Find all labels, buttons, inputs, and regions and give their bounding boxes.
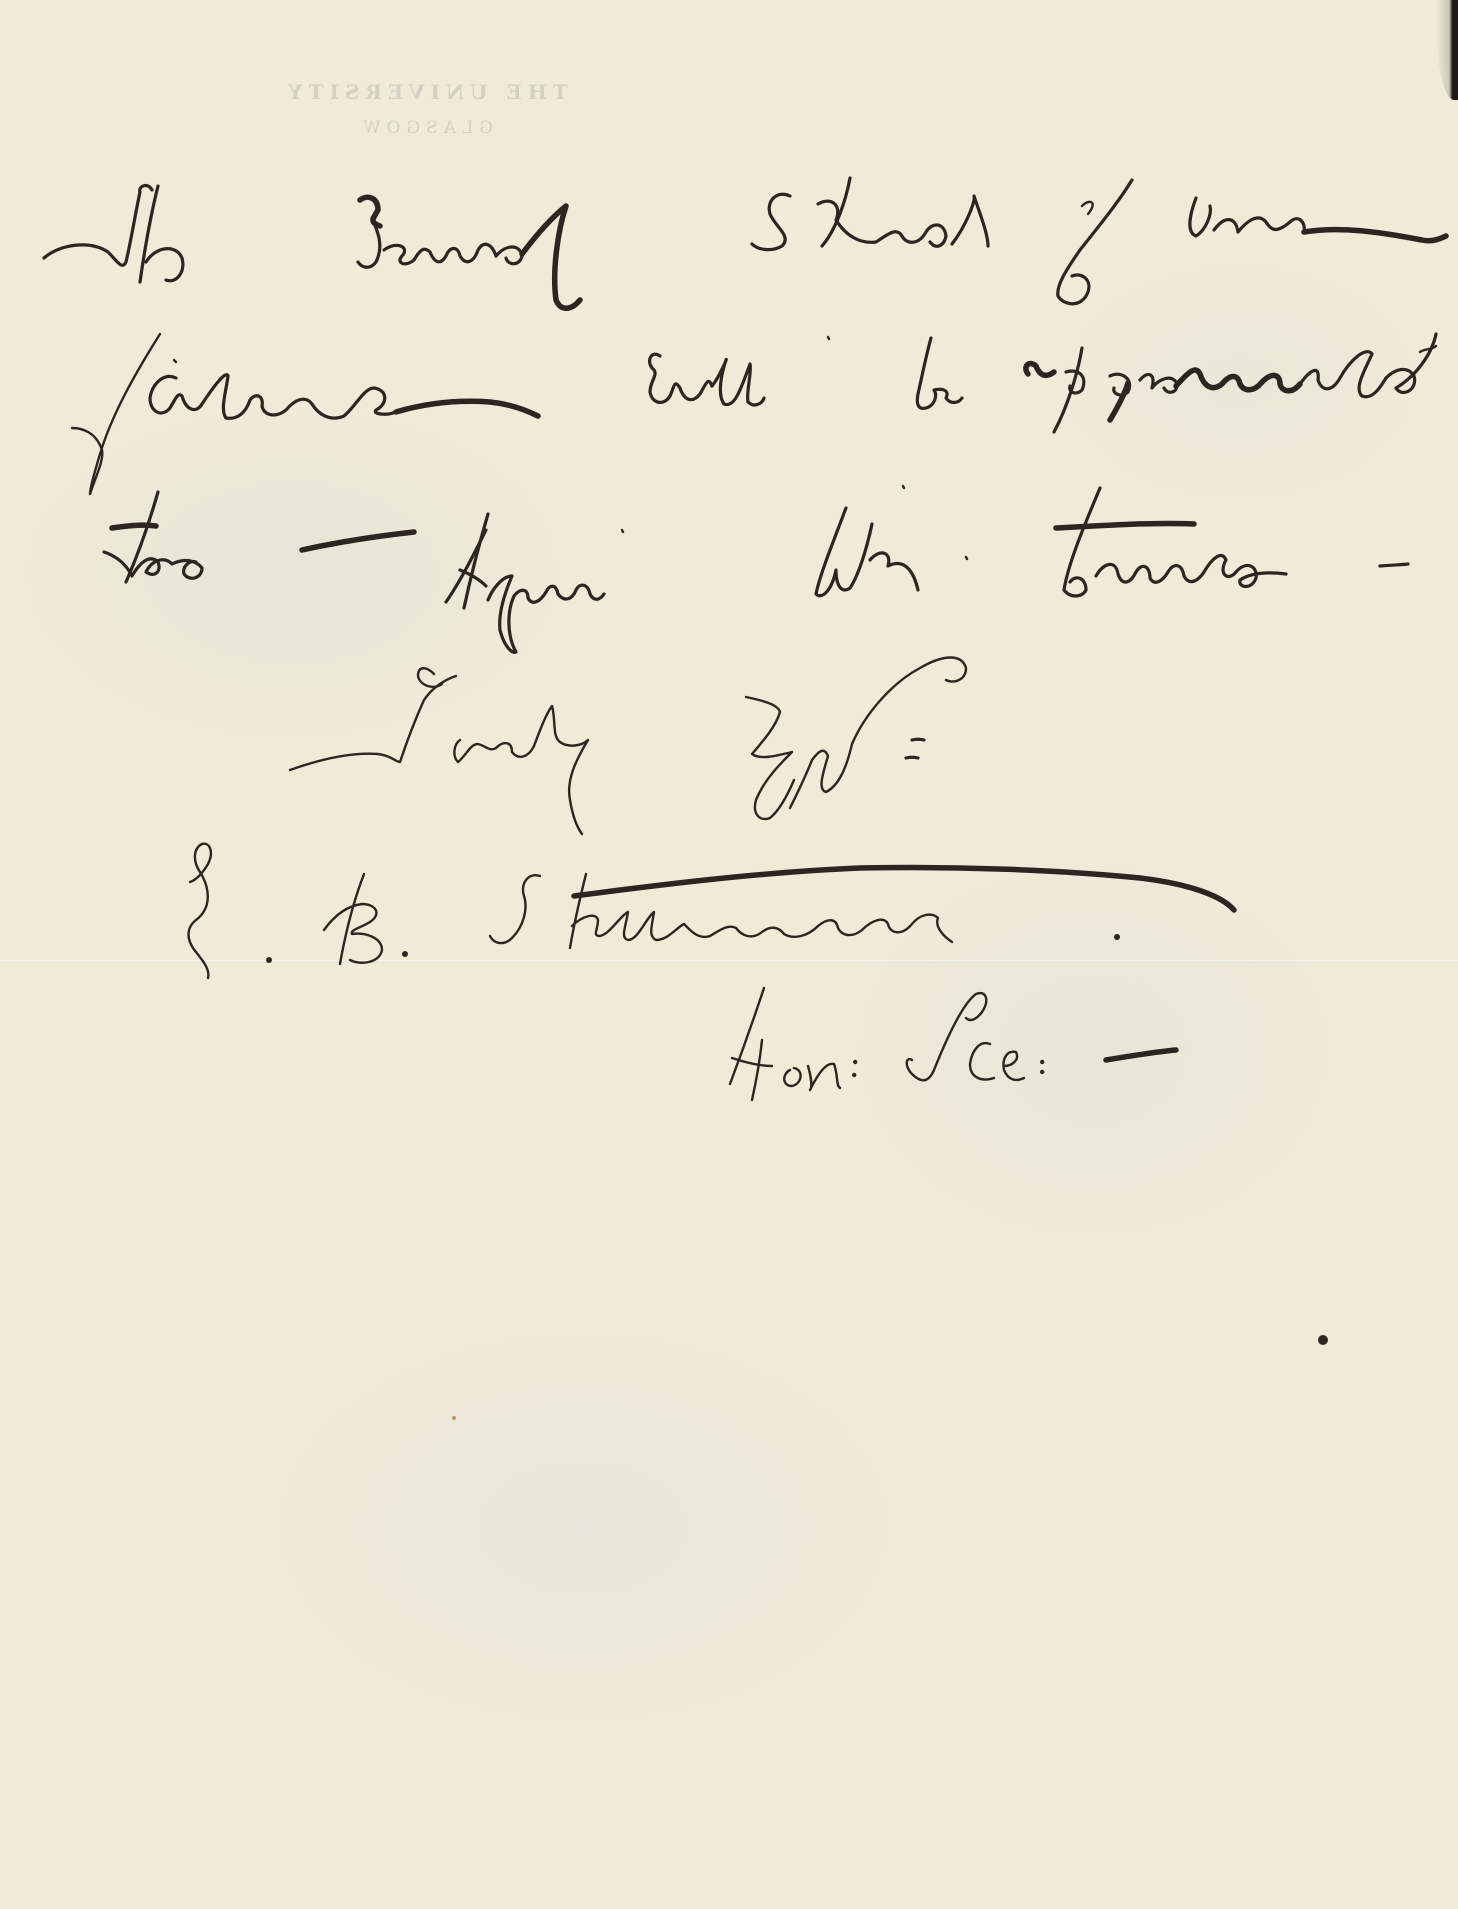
dash-2 <box>1380 564 1408 566</box>
ink-spot <box>1318 1335 1328 1345</box>
word-several <box>358 197 580 308</box>
word-be <box>828 337 962 408</box>
word-yrs <box>746 658 966 820</box>
letter-page: THE UNIVERSITY GLASGOW The several sheet… <box>0 0 1458 1909</box>
word-truly <box>290 668 588 834</box>
handwriting-ink <box>0 0 1458 1909</box>
word-sheets <box>752 178 988 250</box>
word-too <box>104 492 202 582</box>
dash-3 <box>1106 1050 1176 1060</box>
word-of <box>1058 180 1132 304</box>
word-these <box>1190 198 1446 241</box>
word-appreciated <box>1026 334 1436 432</box>
word-science <box>72 334 538 494</box>
signature-initial-g <box>189 844 273 978</box>
word-with <box>816 486 967 596</box>
word-hon <box>730 988 857 1100</box>
signature-surname <box>490 867 1234 948</box>
foxing-spot <box>452 1416 456 1420</box>
word-thanks <box>1056 488 1286 596</box>
word-the <box>44 186 183 282</box>
word-sec <box>907 993 1045 1080</box>
signature-initial-b <box>324 874 408 964</box>
word-again <box>446 514 623 652</box>
dash-1 <box>302 532 414 550</box>
word-will <box>650 354 764 405</box>
